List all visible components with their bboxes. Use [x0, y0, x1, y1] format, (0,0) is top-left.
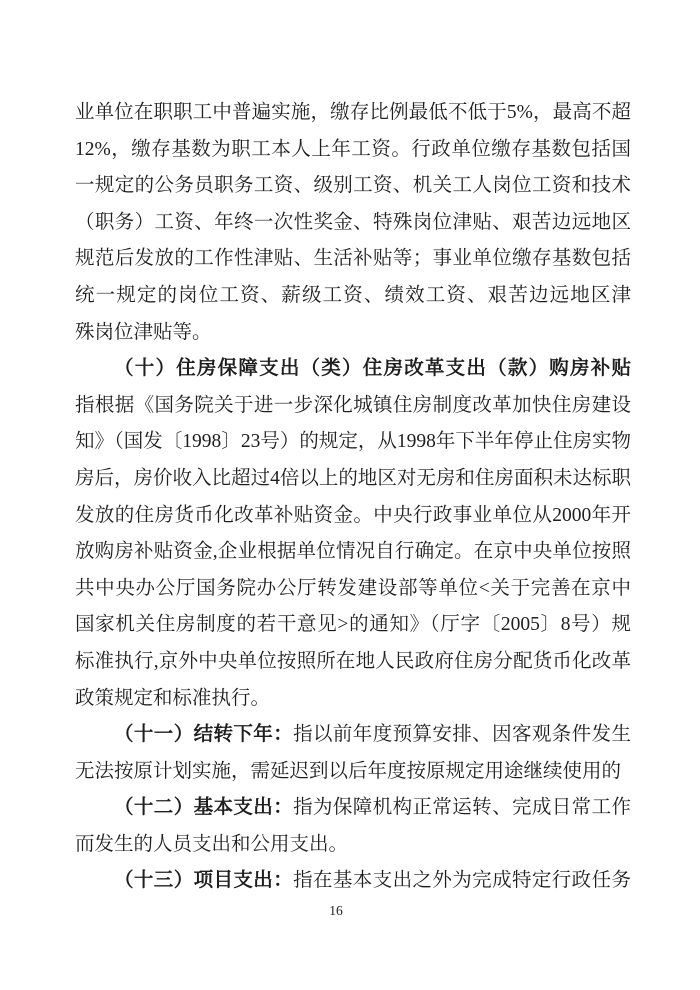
line-text: 指根据《国务院关于进一步深化城镇住房制度改革加快住房建设的通 — [75, 395, 631, 425]
line-text: 政策规定和标准执行。 — [75, 688, 270, 709]
text-line: （职务）工资、年终一次性奖金、特殊岗位津贴、艰苦边远地区津贴， — [75, 205, 631, 242]
line-text: （职务）工资、年终一次性奖金、特殊岗位津贴、艰苦边远地区津贴， — [75, 212, 631, 242]
section-heading-line-11: （十一）结转下年：指以前年度预算安排、因客观条件发生变化 — [75, 717, 631, 754]
section-heading: （十）住房保障支出（类）住房改革支出（款）购房补贴（项）: — [75, 358, 631, 388]
text-line: 12%，缴存基数为职工本人上年工资。行政单位缴存基数包括国家统 — [75, 132, 631, 169]
line-text: 标准执行,京外中央单位按照所在地人民政府住房分配货币化改革的 — [75, 651, 631, 681]
document-body: 业单位在职职工中普遍实施，缴存比例最低不低于5%，最高不超过 12%，缴存基数为… — [75, 95, 631, 900]
line-text: 放购房补贴资金,企业根据单位情况自行确定。在京中央单位按照《中 — [75, 541, 631, 571]
section-heading: （十二）基本支出： — [114, 797, 293, 818]
text-line: 国家机关住房制度的若干意见>的通知》（厅字〔2005〕8号）规定的 — [75, 607, 631, 644]
line-text: 知》（国发〔1998〕23号）的规定，从1998年下半年停止住房实物分 — [75, 431, 631, 461]
text-line: 一规定的公务员职务工资、级别工资、机关工人岗位工资和技术等级 — [75, 168, 631, 205]
section-heading-line-12: （十二）基本支出：指为保障机构正常运转、完成日常工作任务 — [75, 790, 631, 827]
text-line: 指根据《国务院关于进一步深化城镇住房制度改革加快住房建设的通 — [75, 388, 631, 425]
line-text: 共中央办公厅国务院办公厅转发建设部等单位<关于完善在京中央和 — [75, 578, 631, 608]
text-line: 发放的住房货币化改革补贴资金。中央行政事业单位从2000年开始发 — [75, 498, 631, 535]
section-heading-line-13: （十三）项目支出：指在基本支出之外为完成特定行政任务和事 — [75, 863, 631, 900]
document-page: 业单位在职职工中普遍实施，缴存比例最低不低于5%，最高不超过 12%，缴存基数为… — [0, 0, 700, 990]
line-text: 发放的住房货币化改革补贴资金。中央行政事业单位从2000年开始发 — [75, 505, 631, 535]
text-line: 统一规定的岗位工资、薪级工资、绩效工资、艰苦边远地区津贴、特 — [75, 278, 631, 315]
page-number: 16 — [0, 903, 672, 919]
line-text: 房后，房价收入比超过4倍以上的地区对无房和住房面积未达标职工 — [75, 468, 631, 498]
line-text: 国家机关住房制度的若干意见>的通知》（厅字〔2005〕8号）规定的 — [75, 614, 631, 644]
line-text: 统一规定的岗位工资、薪级工资、绩效工资、艰苦边远地区津贴、特 — [75, 285, 631, 315]
text-line: 政策规定和标准执行。 — [75, 681, 631, 718]
text-line: 标准执行,京外中央单位按照所在地人民政府住房分配货币化改革的 — [75, 644, 631, 681]
text-line: 规范后发放的工作性津贴、生活补贴等；事业单位缴存基数包括国家 — [75, 241, 631, 278]
text-line: 殊岗位津贴等。 — [75, 315, 631, 352]
line-text: 12%，缴存基数为职工本人上年工资。行政单位缴存基数包括国家统 — [75, 139, 631, 169]
section-heading-line-10: （十）住房保障支出（类）住房改革支出（款）购房补贴（项）: — [75, 351, 631, 388]
text-line: 知》（国发〔1998〕23号）的规定，从1998年下半年停止住房实物分 — [75, 424, 631, 461]
section-heading: （十一）结转下年： — [114, 724, 293, 745]
line-text: 殊岗位津贴等。 — [75, 322, 212, 343]
text-line: 业单位在职职工中普遍实施，缴存比例最低不低于5%，最高不超过 — [75, 95, 631, 132]
text-line: 房后，房价收入比超过4倍以上的地区对无房和住房面积未达标职工 — [75, 461, 631, 498]
section-heading: （十三）项目支出： — [114, 870, 293, 891]
line-text: 而发生的人员支出和公用支出。 — [75, 834, 348, 855]
line-text: 规范后发放的工作性津贴、生活补贴等；事业单位缴存基数包括国家 — [75, 248, 631, 278]
line-text: 无法按原计划实施，需延迟到以后年度按原规定用途继续使用的资金。 — [75, 761, 621, 791]
text-line: 放购房补贴资金,企业根据单位情况自行确定。在京中央单位按照《中 — [75, 534, 631, 571]
line-text: 业单位在职职工中普遍实施，缴存比例最低不低于5%，最高不超过 — [75, 102, 631, 132]
line-text: 一规定的公务员职务工资、级别工资、机关工人岗位工资和技术等级 — [75, 175, 631, 205]
text-line: 无法按原计划实施，需延迟到以后年度按原规定用途继续使用的资金。 — [75, 754, 631, 791]
text-line: 而发生的人员支出和公用支出。 — [75, 827, 631, 864]
text-line: 共中央办公厅国务院办公厅转发建设部等单位<关于完善在京中央和 — [75, 571, 631, 608]
